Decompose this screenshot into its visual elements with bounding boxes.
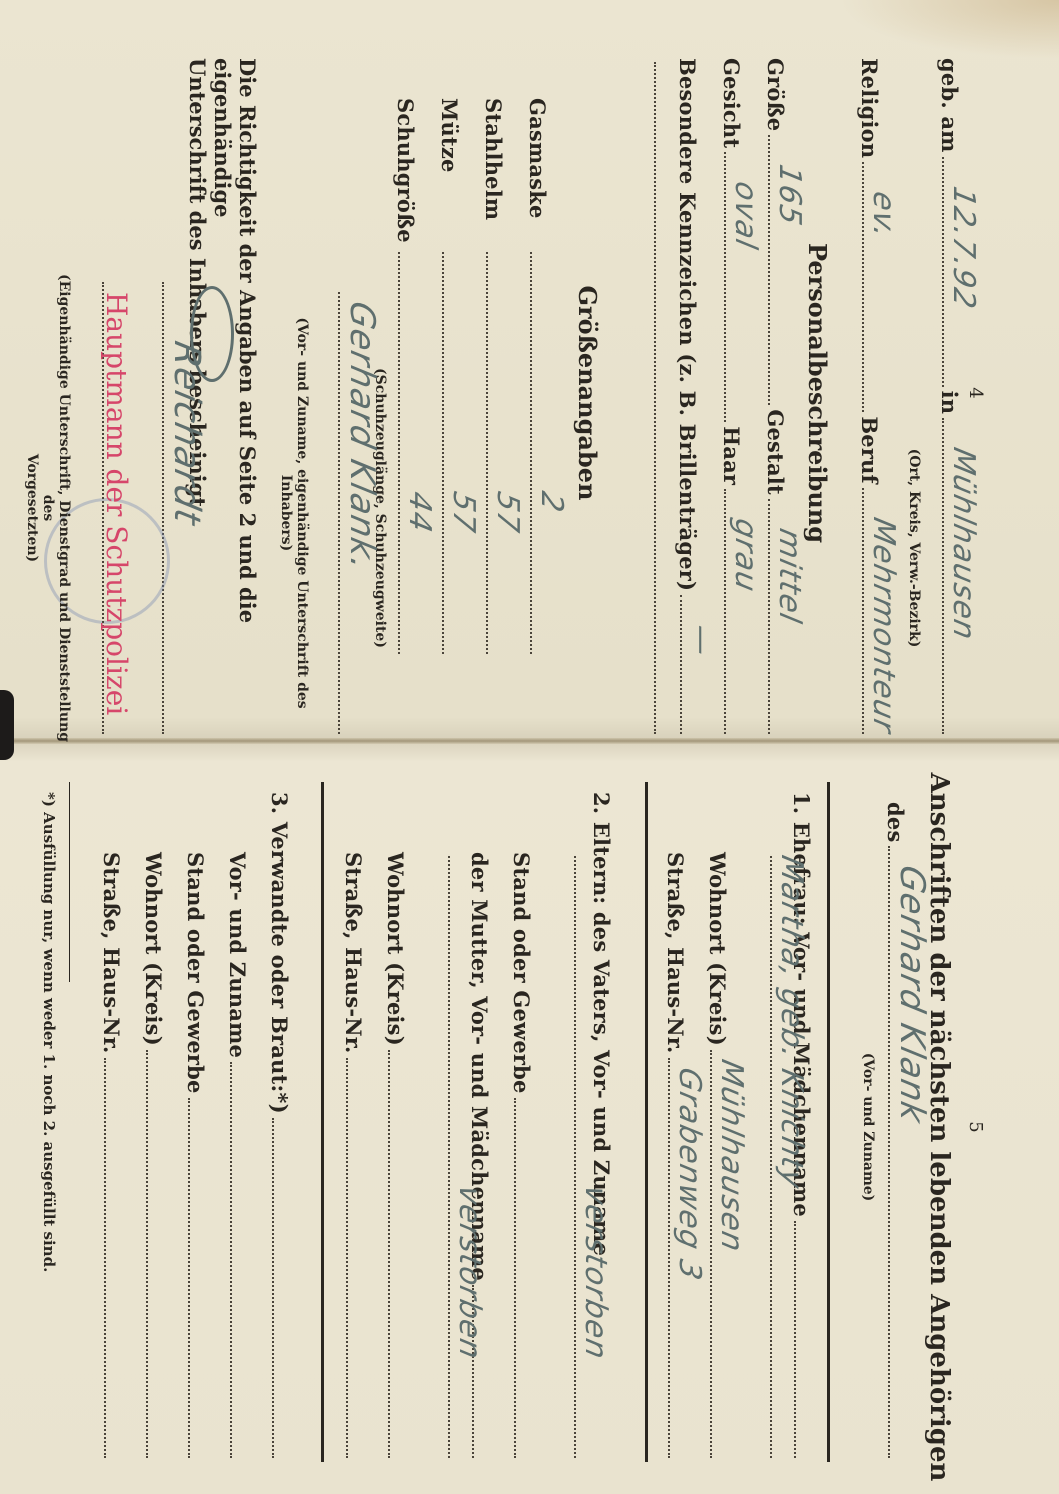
schuhgroesse-row: Schuhgröße 44 [393,98,418,658]
kennzeichen-row: Besondere Kennzeichen (z. B. Brillenträg… [675,58,700,738]
father-stand-label: Stand oder Gewerbe [509,852,534,1094]
page-5: 5 Anschriften der nächsten lebenden Ange… [0,762,1000,1492]
holder-signature-field: Gerhard Klank. [338,292,340,734]
birth-place-caption: (Ort, Kreis, Verw.-Bezirk) [906,358,922,738]
groesse-label: Größe [763,58,788,131]
father-stand-row: Stand oder Gewerbe [509,852,534,1462]
officer-rank-field: Hauptmann der Schutzpolizei [102,282,104,734]
relative-strasse-field [104,1058,106,1458]
holder-signature-row: Gerhard Klank. [333,288,340,738]
gestalt-value: mittel [772,525,807,626]
officer-signature: Reichardt [166,338,207,529]
section-rule [827,782,830,1462]
muetze-label: Mütze [437,98,462,248]
wife-name-value: Martha, geb. Knichty [774,852,809,1192]
haar-field: grau [724,489,726,734]
parents-strasse-row: Straße, Haus-Nr. [341,852,366,1462]
beruf-label: Beruf [857,416,882,483]
wife-strasse-label: Straße, Haus-Nr. [663,852,688,1054]
groesse-value: 165 [772,162,807,230]
gestalt-label: Gestalt [763,409,788,495]
sizes-heading: Größenangaben [573,28,602,758]
muetze-value: 57 [446,488,481,536]
officer-rank-row: Hauptmann der Schutzpolizei [97,278,104,738]
beruf-field: Mehrmonteur [862,488,864,734]
gesicht-haar-row: Gesicht oval Haar grau [719,58,744,738]
haar-label: Haar [719,426,744,485]
birth-label: geb. am [937,58,962,153]
relative-strasse-row: Straße, Haus-Nr. [99,852,124,1462]
relative-wohnort-label: Wohnort (Kreis) [141,852,166,1046]
relative-stand-label: Stand oder Gewerbe [183,852,208,1094]
father-name-value: verstorben [578,1182,613,1363]
section-rule [645,782,648,1462]
birth-date-field: 12.7.92 [942,157,944,387]
certification-line-1: Die Richtigkeit der Angaben auf Seite 2 … [210,58,260,738]
gestalt-field: mittel [768,499,770,734]
relative-name-field [230,1062,232,1458]
wife-strasse-row: Straße, Haus-Nr. Grabenweg 3 [663,852,688,1462]
groesse-field: 165 [768,135,770,405]
page-number: 5 [965,762,986,1492]
wife-field [794,1221,796,1458]
kennzeichen-field: — [680,595,682,734]
religion-field: ev. [862,162,864,412]
des-field: Gerhard Klank [888,846,890,1458]
footnote: *) Ausfüllung nur, wenn weder 1. noch 2.… [40,792,58,1272]
relative-stand-field [188,1098,190,1458]
wife-name-field: Martha, geb. Knichty [770,856,772,1458]
officer-caption-line-1: (Eigenhändige Unterschrift, Dienstgrad u… [40,268,72,748]
parents-wohnort-field [388,1050,390,1458]
birth-place-field: Mühlhausen [942,418,944,734]
gasmaske-label: Gasmaske [525,98,550,248]
mother-name-value: verstorben [452,1182,487,1363]
stahlhelm-row: Stahlhelm 57 [481,98,506,658]
holder-signature: Gerhard Klank. [342,298,382,575]
relative-field [272,1118,274,1458]
relative-row: 3. Verwandte oder Braut:*) [267,792,292,1462]
gesicht-field: oval [724,152,726,422]
mother-name-field: verstorben [448,856,450,1458]
relative-name-row: Vor- und Zuname [225,852,250,1462]
personal-description-heading: Personalbeschreibung [803,28,832,758]
groesse-gestalt-row: Größe 165 Gestalt mittel [763,58,788,738]
mother-name-row: verstorben [443,852,450,1462]
parents-strasse-field [346,1058,348,1458]
des-value: Gerhard Klank [892,862,932,1127]
stahlhelm-label: Stahlhelm [481,98,506,248]
des-caption: (Vor- und Zuname) [860,762,876,1492]
des-label: des [883,802,908,842]
wife-name-row: Martha, geb. Knichty [765,852,772,1462]
relative-label: 3. Verwandte oder Braut:*) [267,792,292,1114]
holder-signature-caption: (Vor- und Zuname, eigenhändige Unterschr… [278,278,310,748]
parents-strasse-label: Straße, Haus-Nr. [341,852,366,1054]
relative-wohnort-row: Wohnort (Kreis) [141,852,166,1462]
officer-caption-line-2: Vorgesetzten) [24,268,40,748]
wife-strasse-field: Grabenweg 3 [668,1058,670,1458]
kennzeichen-value: — [684,621,719,659]
des-row: des Gerhard Klank [883,802,908,1462]
schuhgroesse-label: Schuhgröße [393,98,418,248]
stahlhelm-value: 57 [490,488,525,536]
wife-wohnort-value: Mühlhausen [714,1056,749,1255]
father-stand-field [514,1098,516,1458]
birth-date-value: 12.7.92 [946,183,981,312]
birth-row: geb. am 12.7.92 in Mühlhausen [937,58,962,738]
birth-place-value: Mühlhausen [946,445,981,644]
stahlhelm-field: 57 [486,252,488,654]
beruf-value: Mehrmonteur [866,514,901,736]
mother-row: der Mutter, Vor- und Mädchenname [467,852,492,1462]
schuhgroesse-field: 44 [398,252,400,654]
relative-name-label: Vor- und Zuname [225,852,250,1058]
relative-wohnort-field [146,1050,148,1458]
haar-value: grau [728,515,763,595]
schuhgroesse-value: 44 [402,488,437,536]
gesicht-value: oval [728,179,763,253]
parents-wohnort-row: Wohnort (Kreis) [383,852,408,1462]
officer-rank-stamp: Hauptmann der Schutzpolizei [100,292,133,715]
footnote-rule [69,782,70,982]
father-name-field: verstorben [574,856,576,1458]
officer-signature-row: Reichardt [157,278,164,738]
muetze-field: 57 [442,252,444,654]
religion-value: ev. [866,189,901,243]
wife-strasse-value: Grabenweg 3 [672,1064,707,1284]
gesicht-label: Gesicht [719,58,744,148]
kennzeichen-continuation-field [654,62,656,734]
gasmaske-field: 2 [530,252,532,654]
religion-beruf-row: Religion ev. Beruf Mehrmonteur [857,58,882,738]
parents-wohnort-label: Wohnort (Kreis) [383,852,408,1046]
father-name-row: verstorben [569,852,576,1462]
gasmaske-row: Gasmaske 2 [525,98,550,658]
gasmaske-value: 2 [534,488,569,516]
page-number: 4 [965,28,986,758]
kennzeichen-continuation-row [649,58,656,738]
officer-signature-field: Reichardt [162,282,164,734]
religion-label: Religion [857,58,882,158]
birth-in-label: in [937,391,962,415]
wife-wohnort-label: Wohnort (Kreis) [705,852,730,1046]
relative-strasse-label: Straße, Haus-Nr. [99,852,124,1054]
kennzeichen-label: Besondere Kennzeichen (z. B. Brillenträg… [675,58,700,591]
relative-stand-row: Stand oder Gewerbe [183,852,208,1462]
section-rule [321,782,324,1462]
wife-wohnort-row: Wohnort (Kreis) Mühlhausen [705,852,730,1462]
muetze-row: Mütze 57 [437,98,462,658]
officer-caption: (Eigenhändige Unterschrift, Dienstgrad u… [24,268,72,748]
page-4: 4 geb. am 12.7.92 in Mühlhausen (Ort, Kr… [0,28,1000,758]
wife-wohnort-field: Mühlhausen [710,1050,712,1458]
